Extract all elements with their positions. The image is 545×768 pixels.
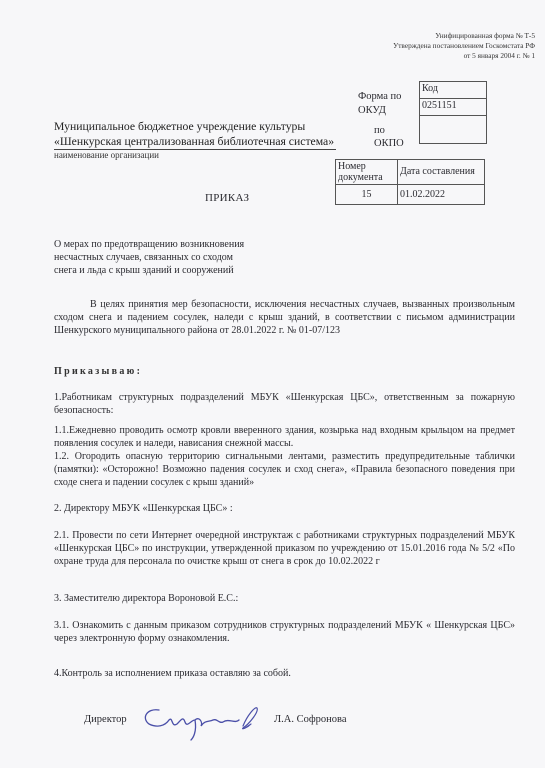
form-reference: Унифицированная форма № Т-5 Утверждена п…: [393, 31, 535, 61]
preamble: В целях принятия мер безопасности, исклю…: [54, 298, 515, 337]
okpo-label: по ОКПО: [374, 124, 404, 150]
item-2: 2. Директору МБУК «Шенкурская ЦБС» :: [54, 502, 515, 515]
signatory-name: Л.А. Софронова: [274, 714, 347, 725]
form-ref-line: Унифицированная форма № Т-5: [393, 31, 535, 41]
document-table: Номер документа Дата составления 15 01.0…: [335, 159, 485, 205]
code-header: Код: [420, 82, 487, 99]
item-1-2: 1.2. Огородить опасную территорию сигнал…: [54, 450, 515, 489]
document-date-value: 01.02.2022: [398, 185, 485, 205]
organization-line-2: «Шенкурская централизованная библиотечна…: [54, 134, 336, 150]
document-number-header: Номер документа: [336, 160, 398, 185]
item-3-1: 3.1. Ознакомить с данным приказом сотруд…: [54, 619, 515, 645]
document-subject: О мерах по предотвращению возникновения …: [54, 238, 244, 277]
organization-caption: наименование организации: [54, 150, 159, 160]
okud-label: Форма по ОКУД: [358, 90, 401, 118]
item-3: 3. Заместителю директора Вороновой Е.С.:: [54, 592, 515, 605]
okud-label-line: Форма по: [358, 90, 401, 104]
item-4: 4.Контроль за исполнением приказа оставл…: [54, 667, 515, 680]
form-ref-line: от 5 января 2004 г. № 1: [393, 51, 535, 61]
item-1: 1.Работникам структурных подразделений М…: [54, 391, 515, 417]
okpo-label-line: ОКПО: [374, 137, 404, 150]
item-2-1: 2.1. Провести по сети Интернет очередной…: [54, 529, 515, 568]
signature-position: Директор: [84, 714, 127, 725]
handwritten-signature-icon: [139, 702, 264, 742]
okpo-label-line: по: [374, 124, 404, 137]
document-date-header: Дата составления: [398, 160, 485, 185]
form-ref-line: Утверждена постановлением Госкомстата РФ: [393, 41, 535, 51]
document-title: ПРИКАЗ: [205, 192, 249, 204]
okud-code: 0251151: [420, 99, 487, 116]
item-1-1: 1.1.Ежедневно проводить осмотр кровли вв…: [54, 424, 515, 450]
okpo-code: [420, 116, 487, 144]
subject-line: О мерах по предотвращению возникновения: [54, 238, 244, 251]
okud-label-line: ОКУД: [358, 104, 401, 118]
subject-line: несчастных случаев, связанных со сходом: [54, 251, 244, 264]
document-number-value: 15: [336, 185, 398, 205]
organization-line-1: Муниципальное бюджетное учреждение культ…: [54, 119, 336, 134]
code-table: Код 0251151: [419, 81, 487, 144]
organization-name: Муниципальное бюджетное учреждение культ…: [54, 119, 336, 150]
subject-line: снега и льда с крыш зданий и сооружений: [54, 264, 244, 277]
order-heading: Приказываю:: [54, 366, 142, 377]
